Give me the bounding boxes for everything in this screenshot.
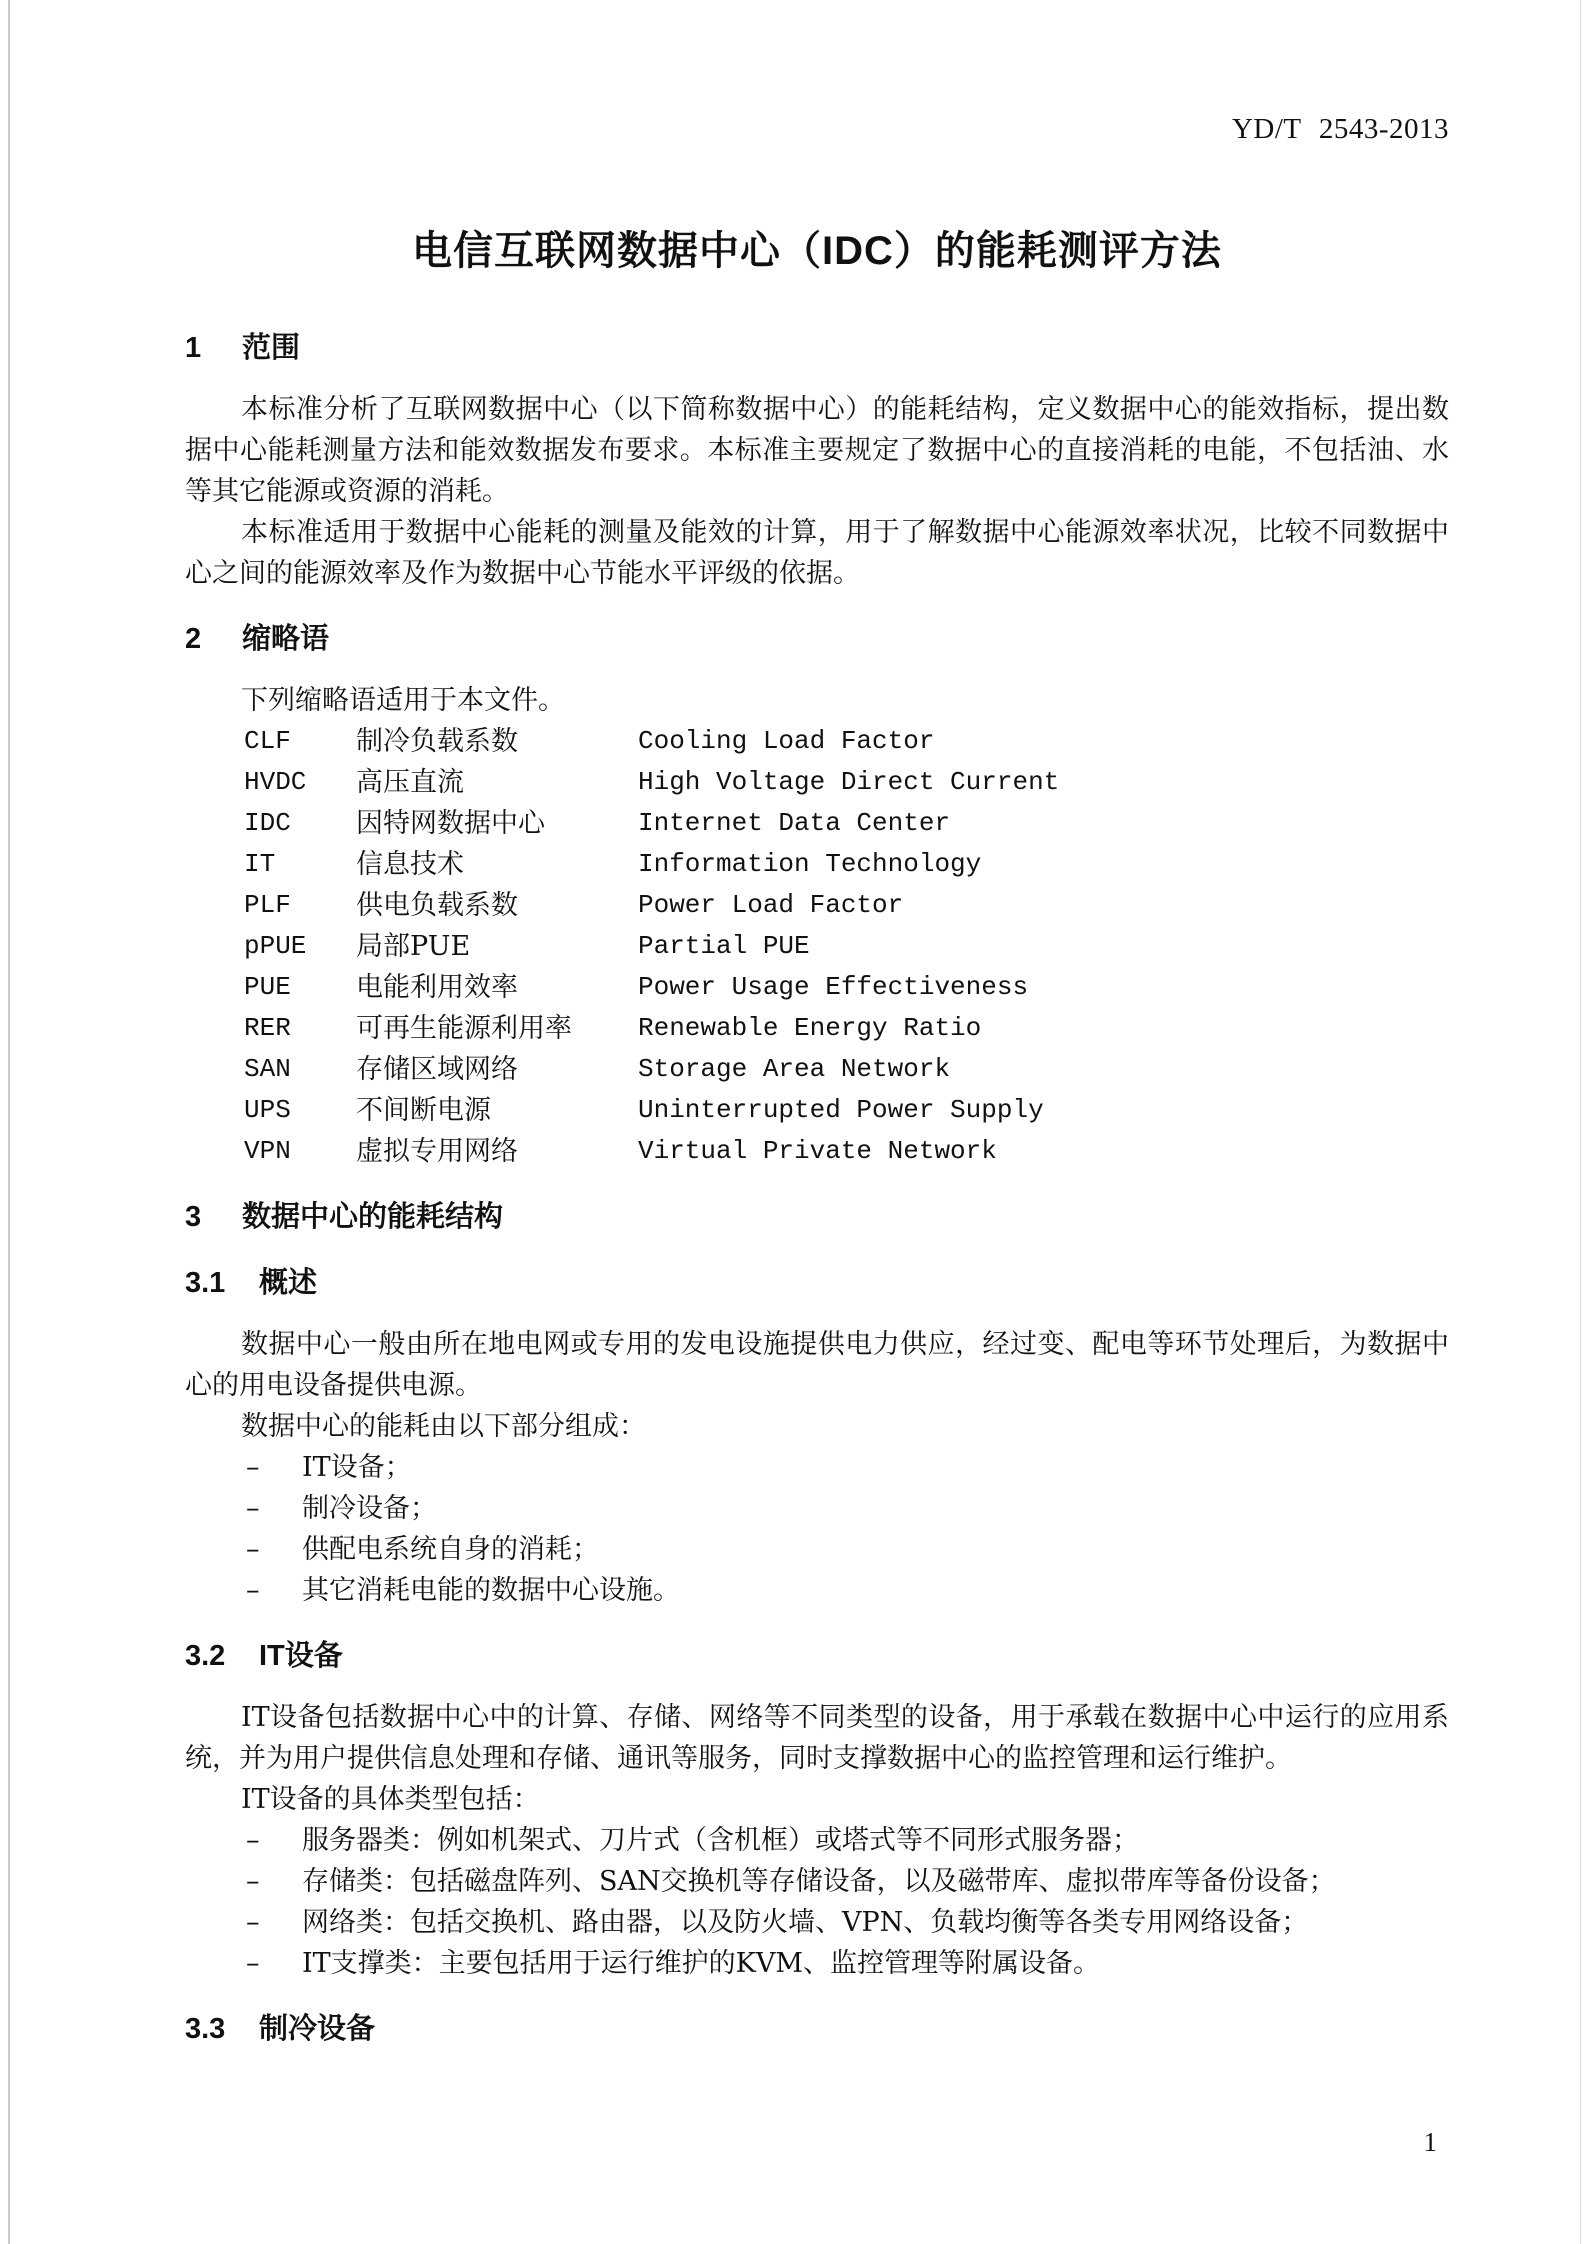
section-label: 缩略语 xyxy=(242,623,329,655)
paragraph: 本标准适用于数据中心能耗的测量及能效的计算，用于了解数据中心能源效率状况，比较不… xyxy=(185,512,1449,594)
section-label: 制冷设备 xyxy=(259,2013,375,2045)
paragraph: IT设备的具体类型包括： xyxy=(185,1779,1449,1820)
abbreviation-code: CLF xyxy=(244,721,356,762)
doc-title: 电信互联网数据中心（IDC）的能耗测评方法 xyxy=(185,224,1449,278)
section-number: 3 xyxy=(185,1197,242,1238)
list-item: – IT支撑类：主要包括用于运行维护的KVM、监控管理等附属设备。 xyxy=(185,1943,1449,1984)
page-number: 1 xyxy=(1424,2122,1438,2163)
list-marker: – xyxy=(246,1488,302,1529)
abbreviation-chinese: 存储区域网络 xyxy=(356,1049,638,1090)
abbreviation-row: PUE 电能利用效率 Power Usage Effectiveness xyxy=(185,967,1449,1008)
abbreviation-english: High Voltage Direct Current xyxy=(638,762,1449,803)
abbreviation-code: IT xyxy=(244,844,356,885)
abbreviation-row: PLF 供电负载系数 Power Load Factor xyxy=(185,885,1449,926)
abbreviation-chinese: 局部PUE xyxy=(356,926,638,967)
list-item-text: 网络类：包括交换机、路由器，以及防火墙、VPN、负载均衡等各类专用网络设备； xyxy=(302,1902,1449,1943)
section-label: 数据中心的能耗结构 xyxy=(242,1201,503,1233)
abbreviation-row: IDC 因特网数据中心 Internet Data Center xyxy=(185,803,1449,844)
abbreviation-chinese: 供电负载系数 xyxy=(356,885,638,926)
abbreviation-chinese: 信息技术 xyxy=(356,844,638,885)
section-heading-scope: 1范围 xyxy=(185,328,1449,369)
list-item-text: 存储类：包括磁盘阵列、SAN交换机等存储设备，以及磁带库、虚拟带库等备份设备； xyxy=(302,1861,1449,1902)
list-item-text: 其它消耗电能的数据中心设施。 xyxy=(302,1570,1449,1611)
paragraph: IT设备包括数据中心中的计算、存储、网络等不同类型的设备，用于承载在数据中心中运… xyxy=(185,1697,1449,1779)
abbreviation-code: SAN xyxy=(244,1049,356,1090)
section-label: IT设备 xyxy=(259,1640,343,1672)
section-heading-overview: 3.1概述 xyxy=(185,1263,1449,1304)
abbreviation-chinese: 制冷负载系数 xyxy=(356,721,638,762)
abbreviation-row: pPUE 局部PUE Partial PUE xyxy=(185,926,1449,967)
paragraph: 本标准分析了互联网数据中心（以下简称数据中心）的能耗结构，定义数据中心的能效指标… xyxy=(185,389,1449,512)
section-heading-cooling-equipment: 3.3制冷设备 xyxy=(185,2009,1449,2050)
abbreviation-row: HVDC 高压直流 High Voltage Direct Current xyxy=(185,762,1449,803)
list-item-text: 供配电系统自身的消耗； xyxy=(302,1529,1449,1570)
abbreviation-code: RER xyxy=(244,1008,356,1049)
section-label: 概述 xyxy=(259,1267,317,1299)
section-number: 1 xyxy=(185,328,242,369)
list-item-text: IT设备； xyxy=(302,1447,1449,1488)
paragraph: 数据中心一般由所在地电网或专用的发电设施提供电力供应，经过变、配电等环节处理后，… xyxy=(185,1324,1449,1406)
abbreviation-row: IT 信息技术 Information Technology xyxy=(185,844,1449,885)
abbreviation-code: VPN xyxy=(244,1131,356,1172)
paragraph: 数据中心的能耗由以下部分组成： xyxy=(185,1406,1449,1447)
list-item-text: 服务器类：例如机架式、刀片式（含机框）或塔式等不同形式服务器； xyxy=(302,1820,1449,1861)
page-content: YD/T 2543-2013 电信互联网数据中心（IDC）的能耗测评方法 1范围… xyxy=(185,109,1449,2070)
abbreviation-row: UPS 不间断电源 Uninterrupted Power Supply xyxy=(185,1090,1449,1131)
section-number: 3.1 xyxy=(185,1263,259,1304)
list-item: – 存储类：包括磁盘阵列、SAN交换机等存储设备，以及磁带库、虚拟带库等备份设备… xyxy=(185,1861,1449,1902)
list-marker: – xyxy=(246,1529,302,1570)
abbreviation-english: Power Usage Effectiveness xyxy=(638,967,1449,1008)
abbreviation-english: Power Load Factor xyxy=(638,885,1449,926)
section-number: 3.3 xyxy=(185,2009,259,2050)
abbreviation-row: RER 可再生能源利用率 Renewable Energy Ratio xyxy=(185,1008,1449,1049)
list-marker: – xyxy=(246,1902,302,1943)
scan-edge-right xyxy=(1580,0,1581,2244)
section-heading-energy-structure: 3数据中心的能耗结构 xyxy=(185,1197,1449,1238)
list-item-text: 制冷设备； xyxy=(302,1488,1449,1529)
abbreviation-english: Partial PUE xyxy=(638,926,1449,967)
section-number: 2 xyxy=(185,619,242,660)
list-marker: – xyxy=(246,1447,302,1488)
section-heading-abbreviations: 2缩略语 xyxy=(185,619,1449,660)
abbreviation-english: Information Technology xyxy=(638,844,1449,885)
bullet-list: – IT设备； – 制冷设备； – 供配电系统自身的消耗； – 其它消耗电能的数… xyxy=(185,1447,1449,1611)
bullet-list: – 服务器类：例如机架式、刀片式（含机框）或塔式等不同形式服务器； – 存储类：… xyxy=(185,1820,1449,1984)
abbreviation-chinese: 虚拟专用网络 xyxy=(356,1131,638,1172)
abbreviation-chinese: 可再生能源利用率 xyxy=(356,1008,638,1049)
abbreviation-english: Uninterrupted Power Supply xyxy=(638,1090,1449,1131)
section-number: 3.2 xyxy=(185,1636,259,1677)
section-heading-it-equipment: 3.2IT设备 xyxy=(185,1636,1449,1677)
abbreviation-code: PLF xyxy=(244,885,356,926)
list-marker: – xyxy=(246,1861,302,1902)
abbreviation-code: IDC xyxy=(244,803,356,844)
abbreviation-code: UPS xyxy=(244,1090,356,1131)
abbreviation-code: HVDC xyxy=(244,762,356,803)
abbreviation-row: SAN 存储区域网络 Storage Area Network xyxy=(185,1049,1449,1090)
list-item: – 供配电系统自身的消耗； xyxy=(185,1529,1449,1570)
abbreviation-chinese: 因特网数据中心 xyxy=(356,803,638,844)
abbreviation-code: pPUE xyxy=(244,926,356,967)
paragraph: 下列缩略语适用于本文件。 xyxy=(185,680,1449,721)
list-marker: – xyxy=(246,1943,302,1984)
list-item: – 服务器类：例如机架式、刀片式（含机框）或塔式等不同形式服务器； xyxy=(185,1820,1449,1861)
abbreviation-list: CLF 制冷负载系数 Cooling Load Factor HVDC 高压直流… xyxy=(185,721,1449,1172)
abbreviation-row: CLF 制冷负载系数 Cooling Load Factor xyxy=(185,721,1449,762)
scan-edge-left xyxy=(8,0,10,2244)
abbreviation-english: Renewable Energy Ratio xyxy=(638,1008,1449,1049)
list-item: – IT设备； xyxy=(185,1447,1449,1488)
document-page: YD/T 2543-2013 电信互联网数据中心（IDC）的能耗测评方法 1范围… xyxy=(0,0,1586,2244)
list-item: – 网络类：包括交换机、路由器，以及防火墙、VPN、负载均衡等各类专用网络设备； xyxy=(185,1902,1449,1943)
list-item: – 制冷设备； xyxy=(185,1488,1449,1529)
abbreviation-english: Cooling Load Factor xyxy=(638,721,1449,762)
abbreviation-english: Storage Area Network xyxy=(638,1049,1449,1090)
abbreviation-chinese: 高压直流 xyxy=(356,762,638,803)
abbreviation-english: Internet Data Center xyxy=(638,803,1449,844)
section-label: 范围 xyxy=(242,332,300,364)
abbreviation-code: PUE xyxy=(244,967,356,1008)
abbreviation-chinese: 电能利用效率 xyxy=(356,967,638,1008)
doc-code: YD/T 2543-2013 xyxy=(185,109,1449,150)
abbreviation-row: VPN 虚拟专用网络 Virtual Private Network xyxy=(185,1131,1449,1172)
abbreviation-chinese: 不间断电源 xyxy=(356,1090,638,1131)
list-marker: – xyxy=(246,1820,302,1861)
abbreviation-english: Virtual Private Network xyxy=(638,1131,1449,1172)
list-item: – 其它消耗电能的数据中心设施。 xyxy=(185,1570,1449,1611)
list-item-text: IT支撑类：主要包括用于运行维护的KVM、监控管理等附属设备。 xyxy=(302,1943,1449,1984)
list-marker: – xyxy=(246,1570,302,1611)
